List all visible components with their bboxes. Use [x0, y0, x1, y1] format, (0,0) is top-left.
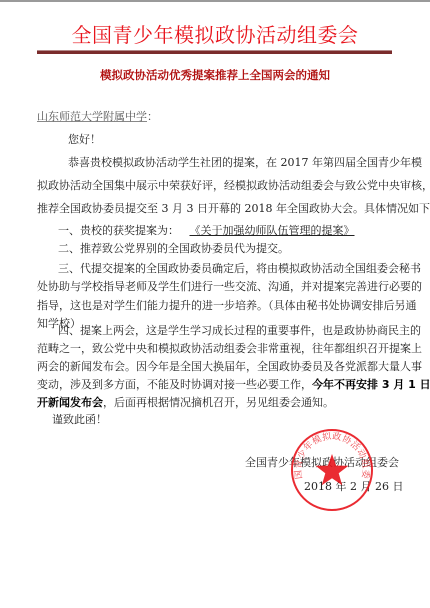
item-4-emphasis: 今年不再安排 3 月 1 日 — [312, 378, 430, 391]
item-3-line-2: 处协助与学校指导老师及学生们进行一些交流、沟通，并对提案完善进行必要的 — [37, 280, 422, 294]
item-1: 一、贵校的获奖提案为： 《关于加强幼师队伍管理的提案》 — [58, 224, 355, 238]
signature-organization: 全国青少年模拟政协活动组委会 — [245, 456, 399, 470]
recipient-school: 山东师范大学附属中学 — [37, 110, 147, 123]
top-border — [0, 0, 430, 2]
intro-line-1: 恭喜贵校模拟政协活动学生社团的提案，在 2017 年第四届全国青少年模 — [68, 156, 422, 170]
official-seal-stamp: 全国青少年模拟政协活动组委会 — [290, 428, 374, 512]
item-4-line-5: 开新闻发布会，后面再根据情况摘机召开，另见组委会通知。 — [37, 396, 334, 410]
closing: 谨致此函！ — [52, 413, 107, 427]
svg-text:全国青少年模拟政协活动组委会: 全国青少年模拟政协活动组委会 — [290, 428, 372, 480]
proposal-title: 《关于加强幼师队伍管理的提案》 — [190, 224, 355, 237]
letterhead-rule — [37, 51, 392, 54]
item-4-line-5-text: ，后面再根据情况摘机召开，另见组委会通知。 — [103, 396, 334, 409]
intro-line-3: 推荐全国政协委员提交至 3 月 3 日开幕的 2018 年全国政协大会。具体情况… — [37, 202, 430, 216]
item-4-line-1: 四、提案上两会，这是学生学习成长过程的重要事件，也是政协协商民主的 — [58, 324, 421, 338]
recipient: 山东师范大学附属中学： — [37, 110, 158, 124]
item-1-prefix: 一、贵校的获奖提案为： — [58, 224, 179, 237]
item-3-line-1: 三、代提交提案的全国政协委员确定后，将由模拟政协活动全国组委会秘书 — [58, 262, 421, 276]
item-4-line-3: 两会的新闻发布会。因今年是全国大换届年，全国政协委员及各党派都大量人事 — [37, 360, 422, 374]
signature-date: 2018 年 2 月 26 日 — [304, 480, 403, 494]
intro-line-2: 拟政协活动全国集中展示中荣获好评，经模拟政协活动组委会与致公党中央审核， — [37, 179, 430, 193]
item-4-line-4: 变动，涉及到多方面，不能及时协调对接一些必要工作，今年不再安排 3 月 1 日 — [37, 378, 430, 392]
item-4-emphasis-cont: 开新闻发布会 — [37, 396, 103, 409]
item-3-line-3: 指导，这也是对学生们能力提升的进一步培养。（具体由秘书处协调安排后另通 — [37, 299, 417, 313]
item-2: 二、推荐致公党界别的全国政协委员代为提交。 — [58, 242, 289, 256]
document-title: 模拟政协活动优秀提案推荐上全国两会的通知 — [0, 67, 430, 83]
item-4-line-2: 范畴之一，致公党中央和模拟政协活动组委会非常重视，往年都组织召开提案上 — [37, 342, 422, 356]
recipient-suffix: ： — [147, 110, 158, 123]
greeting: 您好！ — [68, 133, 101, 147]
letterhead-organization: 全国青少年模拟政协活动组委会 — [0, 22, 430, 48]
item-4-line-4-text: 变动，涉及到多方面，不能及时协调对接一些必要工作， — [37, 378, 312, 391]
